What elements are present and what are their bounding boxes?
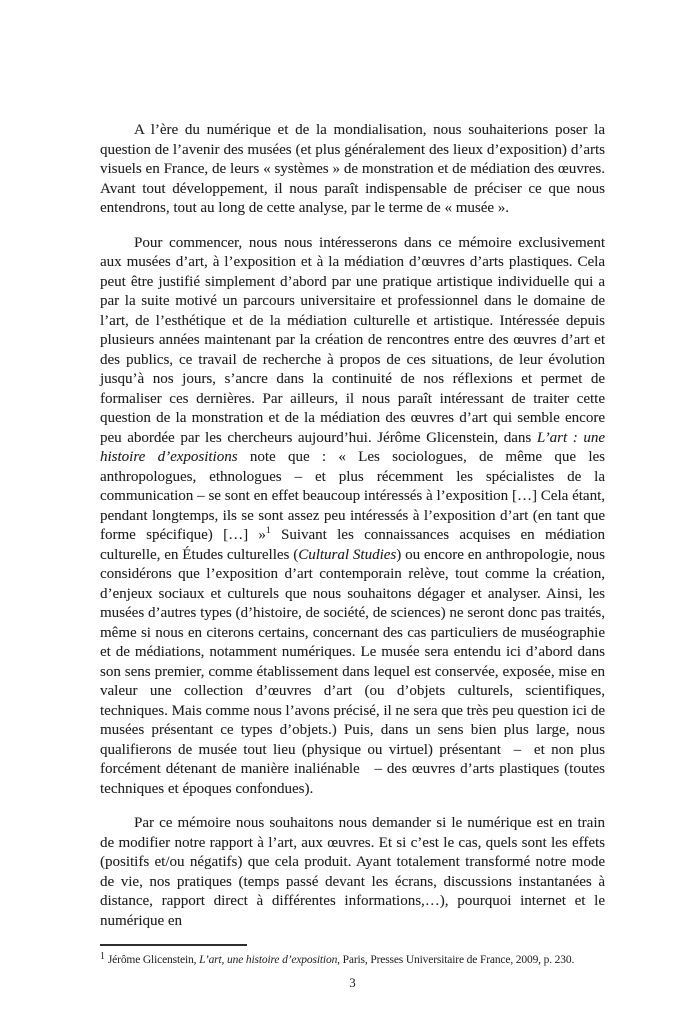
paragraphs: A l’ère du numérique et de la mondialisa… [100, 121, 605, 931]
text-run: Pour commencer, nous nous intéresserons … [100, 235, 605, 446]
footnote-text: Jérôme Glicenstein, L’art, une histoire … [108, 954, 574, 966]
text-run: Cultural Studies [298, 547, 396, 563]
paragraph-2: Pour commencer, nous nous intéresserons … [100, 234, 605, 800]
footnote: 1Jérôme Glicenstein, L’art, une histoire… [100, 953, 605, 967]
footnote-area: 1Jérôme Glicenstein, L’art, une histoire… [100, 944, 605, 967]
text-run: ) ou encore en anthropologie, nous consi… [100, 547, 605, 797]
text-run: A l’ère du numérique et de la mondialisa… [100, 122, 605, 216]
text-run: Par ce mémoire nous souhaitons nous dema… [100, 815, 605, 929]
footnote-marker: 1 [100, 951, 105, 962]
document-page: A l’ère du numérique et de la mondialisa… [0, 0, 700, 1028]
page-number: 3 [100, 975, 605, 991]
text-run: Jérôme Glicenstein, [108, 954, 199, 966]
text-run: , Paris, Presses Universitaire de France… [337, 954, 574, 966]
footnote-separator [100, 944, 247, 946]
paragraph-1: A l’ère du numérique et de la mondialisa… [100, 121, 605, 219]
paragraph-3: Par ce mémoire nous souhaitons nous dema… [100, 814, 605, 931]
page-body: A l’ère du numérique et de la mondialisa… [100, 121, 605, 991]
text-run: L’art, une histoire d’exposition [199, 954, 337, 966]
